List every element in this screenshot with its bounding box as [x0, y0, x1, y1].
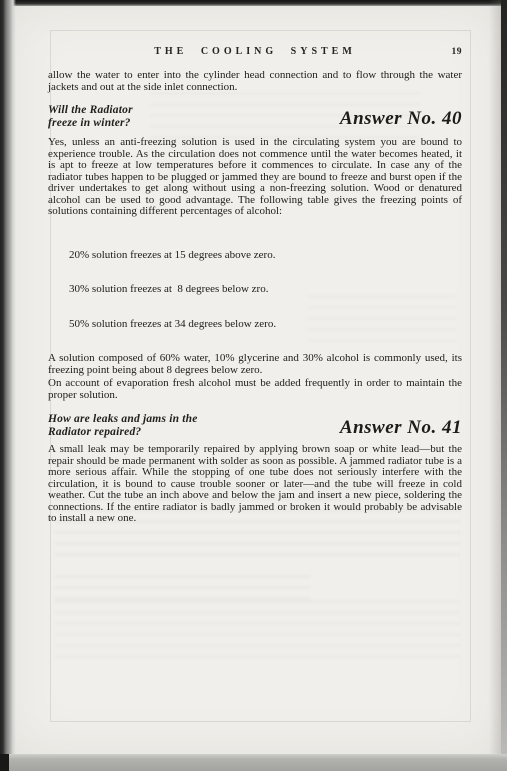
- question-40-heading: Will the Radiator freeze in winter? Answ…: [48, 104, 462, 129]
- question-40-text: Will the Radiator freeze in winter?: [48, 104, 133, 129]
- question-40-line2: freeze in winter?: [48, 117, 133, 130]
- answer-40-continuation: A solution composed of 60% water, 10% gl…: [48, 353, 462, 376]
- bleed-through-texture: [55, 600, 460, 662]
- bleed-through-texture: [55, 575, 310, 603]
- answer-40-label: Answer No. 40: [340, 110, 462, 129]
- intro-paragraph: allow the water to enter into the cylind…: [48, 70, 462, 93]
- answer-41-body: A small leak may be temporarily repaired…: [48, 444, 462, 525]
- question-41-line1: How are leaks and jams in the: [48, 413, 198, 426]
- question-40-line1: Will the Radiator: [48, 104, 133, 117]
- scanned-page: THE COOLING SYSTEM 19 allow the water to…: [7, 5, 503, 755]
- freezing-point-line: 20% solution freezes at 15 degrees above…: [69, 250, 462, 262]
- question-41-heading: How are leaks and jams in the Radiator r…: [48, 413, 462, 438]
- scan-bottom-left-corner: [0, 754, 9, 771]
- freezing-points-table: 20% solution freezes at 15 degrees above…: [48, 227, 462, 354]
- question-41-text: How are leaks and jams in the Radiator r…: [48, 413, 198, 438]
- scan-right-edge: [501, 0, 507, 771]
- running-header: THE COOLING SYSTEM 19: [48, 46, 462, 57]
- scan-top-edge: [0, 0, 507, 6]
- question-41-line2: Radiator repaired?: [48, 426, 198, 439]
- answer-41-label: Answer No. 41: [340, 419, 462, 438]
- scan-bottom-edge: [0, 754, 507, 771]
- answer-40-closing: On account of evaporation fresh alcohol …: [48, 378, 462, 401]
- answer-40-body: Yes, unless an anti-freezing solution is…: [48, 137, 462, 218]
- text-column: THE COOLING SYSTEM 19 allow the water to…: [48, 5, 462, 525]
- page-title: THE COOLING SYSTEM: [154, 46, 356, 57]
- scan-right-shading: [489, 0, 501, 771]
- freezing-point-line: 30% solution freezes at 8 degrees below …: [69, 284, 462, 296]
- book-spine-edge: [0, 0, 16, 771]
- freezing-point-line: 50% solution freezes at 34 degrees below…: [69, 319, 462, 331]
- page-number: 19: [452, 47, 463, 57]
